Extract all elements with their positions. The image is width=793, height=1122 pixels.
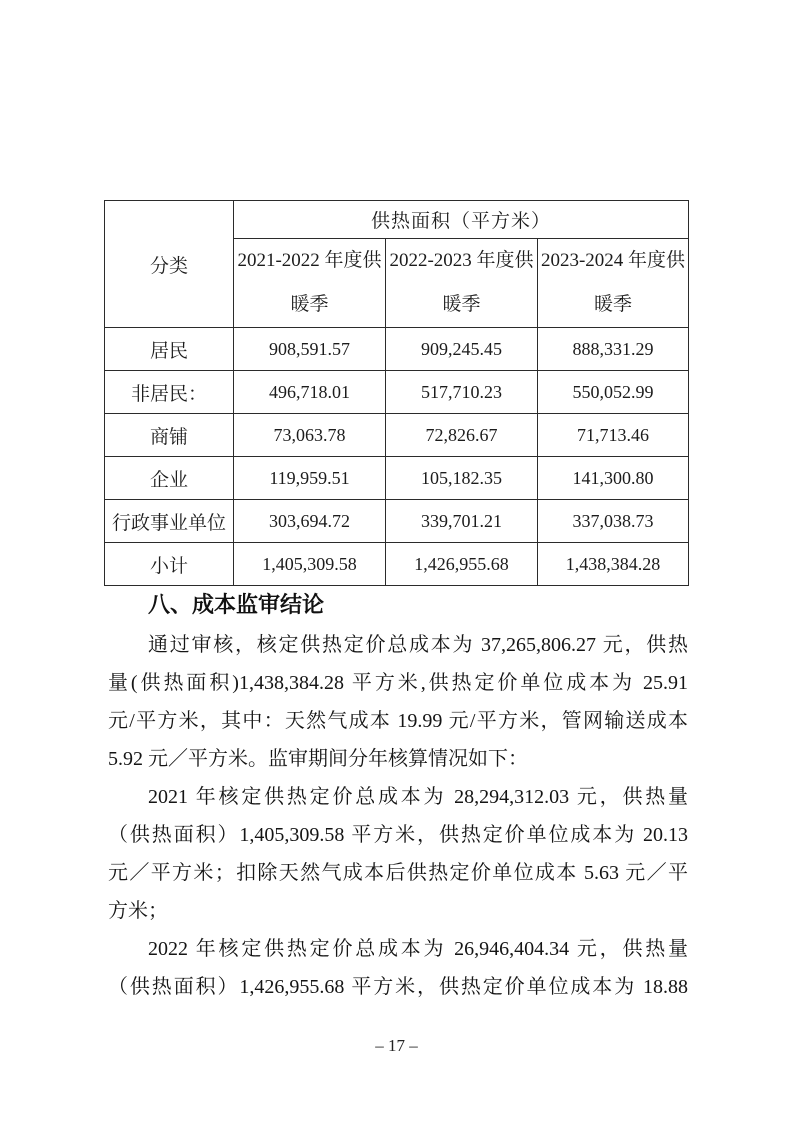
area-value-cell: 909,245.45 [386,328,538,371]
area-value-cell: 1,426,955.68 [386,543,538,586]
paragraph-line: 方米； [108,892,688,930]
row-label-cell: 商铺 [105,414,234,457]
paragraph-line: 量(供热面积)1,438,384.28 平方米,供热定价单位成本为 25.91 [108,664,688,702]
area-value-cell: 72,826.67 [386,414,538,457]
year-column-header: 2023-2024 年度供 暖季 [538,239,689,328]
area-value-cell: 73,063.78 [234,414,386,457]
paragraph-line: （供热面积）1,405,309.58 平方米，供热定价单位成本为 20.13 [108,816,688,854]
row-label-cell: 行政事业单位 [105,500,234,543]
area-value-cell: 908,591.57 [234,328,386,371]
paragraph-line: （供热面积）1,426,955.68 平方米，供热定价单位成本为 18.88 [108,968,688,1006]
section-paragraphs: 通过审核，核定供热定价总成本为 37,265,806.27 元，供热量(供热面积… [108,626,688,1006]
area-value-cell: 339,701.21 [386,500,538,543]
row-label-cell: 非居民： [105,371,234,414]
paragraph-line: 2021 年核定供热定价总成本为 28,294,312.03 元，供热量 [108,778,688,816]
table-header: 分类 供热面积（平方米） 2021-2022 年度供 暖季2022-2023 年… [105,201,689,328]
table-row: 居民908,591.57909,245.45888,331.29 [105,328,689,371]
table-corner-header: 分类 [105,201,234,328]
heating-area-table: 分类 供热面积（平方米） 2021-2022 年度供 暖季2022-2023 年… [104,200,689,586]
paragraph-line: 通过审核，核定供热定价总成本为 37,265,806.27 元，供热 [108,626,688,664]
table-row: 小计1,405,309.581,426,955.681,438,384.28 [105,543,689,586]
table-row: 企业119,959.51105,182.35141,300.80 [105,457,689,500]
row-label-cell: 企业 [105,457,234,500]
paragraph-line: 元／平方米；扣除天然气成本后供热定价单位成本 5.63 元／平 [108,854,688,892]
area-value-cell: 337,038.73 [538,500,689,543]
area-value-cell: 496,718.01 [234,371,386,414]
table-group-header-row: 分类 供热面积（平方米） [105,201,689,239]
heating-area-table-container: 分类 供热面积（平方米） 2021-2022 年度供 暖季2022-2023 年… [104,200,688,586]
table-row: 行政事业单位303,694.72339,701.21337,038.73 [105,500,689,543]
table-row: 非居民：496,718.01517,710.23550,052.99 [105,371,689,414]
area-value-cell: 888,331.29 [538,328,689,371]
area-value-cell: 1,438,384.28 [538,543,689,586]
area-value-cell: 1,405,309.58 [234,543,386,586]
row-label-cell: 小计 [105,543,234,586]
table-body: 居民908,591.57909,245.45888,331.29非居民：496,… [105,328,689,586]
year-column-header: 2022-2023 年度供 暖季 [386,239,538,328]
section-heading: 八、成本监审结论 [108,588,688,622]
table-row: 商铺73,063.7872,826.6771,713.46 [105,414,689,457]
area-value-cell: 303,694.72 [234,500,386,543]
conclusion-section: 八、成本监审结论 通过审核，核定供热定价总成本为 37,265,806.27 元… [108,588,688,1006]
area-value-cell: 71,713.46 [538,414,689,457]
document-page: 分类 供热面积（平方米） 2021-2022 年度供 暖季2022-2023 年… [0,0,793,1122]
area-value-cell: 550,052.99 [538,371,689,414]
area-value-cell: 141,300.80 [538,457,689,500]
table-group-header: 供热面积（平方米） [234,201,689,239]
area-value-cell: 105,182.35 [386,457,538,500]
year-column-header: 2021-2022 年度供 暖季 [234,239,386,328]
paragraph-line: 元/平方米，其中：天然气成本 19.99 元/平方米，管网输送成本 [108,702,688,740]
paragraph-line: 2022 年核定供热定价总成本为 26,946,404.34 元，供热量 [108,930,688,968]
page-number: – 17 – [0,1036,793,1056]
area-value-cell: 119,959.51 [234,457,386,500]
row-label-cell: 居民 [105,328,234,371]
paragraph-line: 5.92 元／平方米。监审期间分年核算情况如下： [108,740,688,778]
area-value-cell: 517,710.23 [386,371,538,414]
